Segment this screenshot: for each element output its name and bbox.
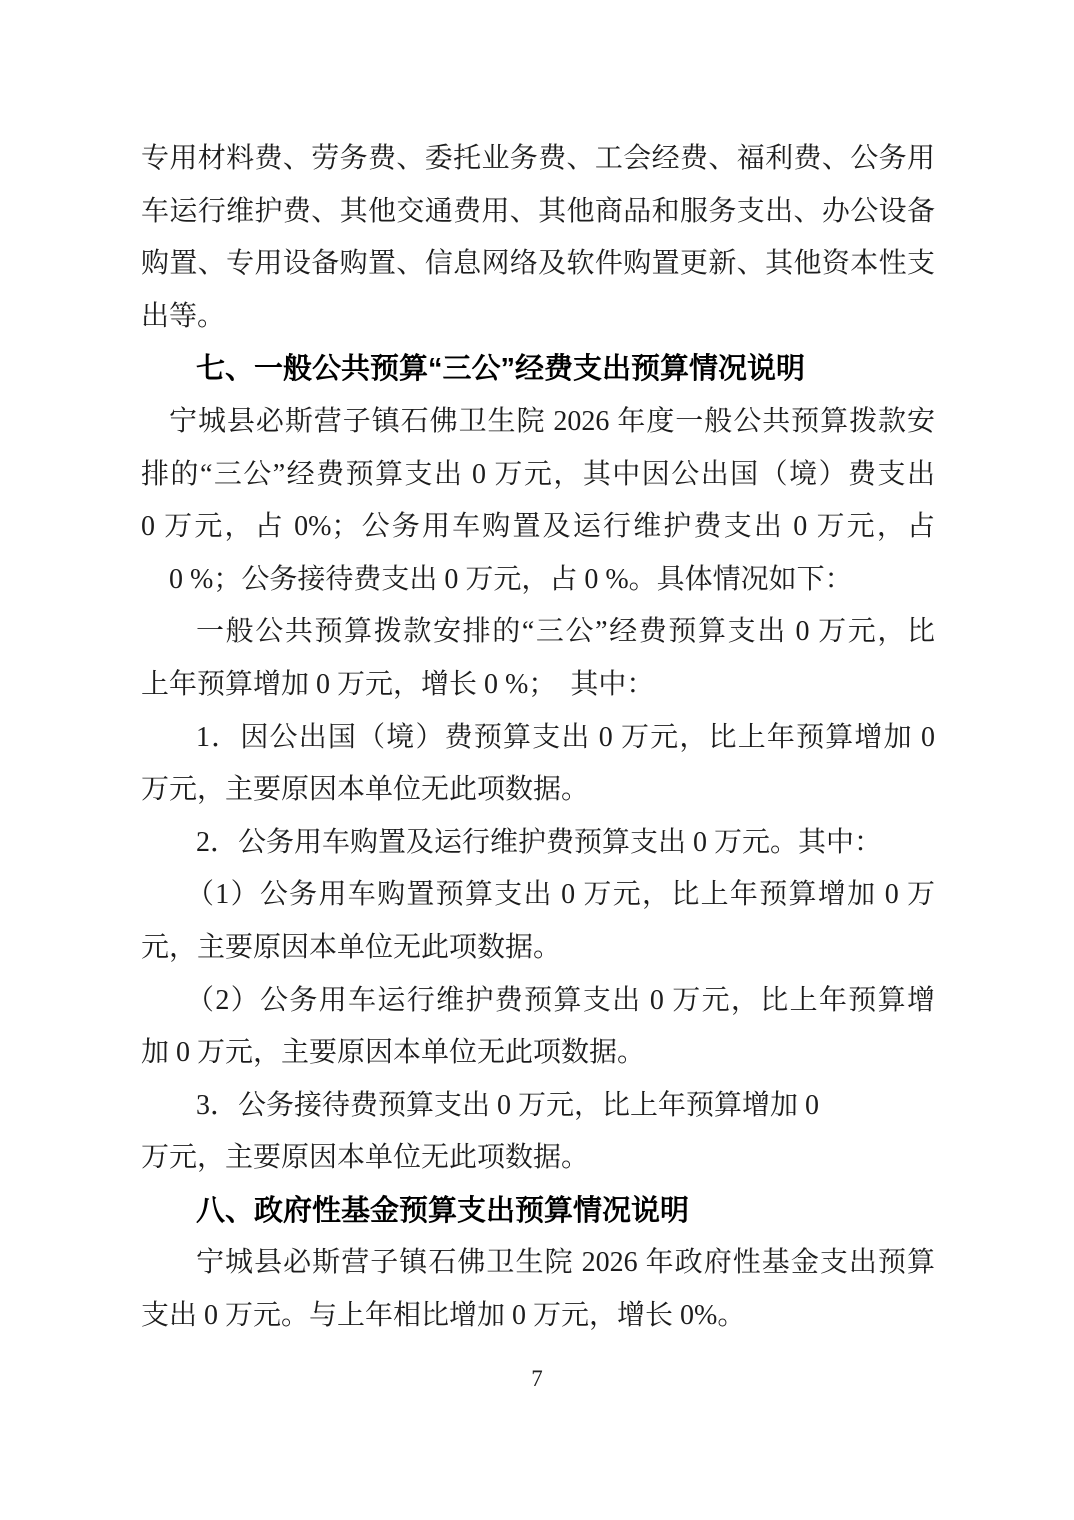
text-line: （1）公务用车购置预算支出 0 万元，比上年预算增加 0 万 <box>141 869 935 922</box>
text-line: （2）公务用车运行维护费预算支出 0 万元，比上年预算增 <box>141 975 935 1028</box>
text-line: 上年预算增加 0 万元，增长 0 %； 其中： <box>141 659 935 712</box>
text-line: 万元，主要原因本单位无此项数据。 <box>141 764 935 817</box>
text-line: 专用材料费、劳务费、委托业务费、工会经费、福利费、公务用 <box>141 133 935 186</box>
text-line: 出等。 <box>141 291 935 344</box>
text-line: 车运行维护费、其他交通费用、其他商品和服务支出、办公设备 <box>141 186 935 239</box>
text-line: 0 %；公务接待费支出 0 万元，占 0 %。具体情况如下： <box>141 554 935 607</box>
page-number: 7 <box>0 1366 1074 1392</box>
text-line: 一般公共预算拨款安排的“三公”经费预算支出 0 万元，比 <box>141 606 935 659</box>
text-line: 元，主要原因本单位无此项数据。 <box>141 922 935 975</box>
text-line: 加 0 万元，主要原因本单位无此项数据。 <box>141 1027 935 1080</box>
section-heading: 八、政府性基金预算支出预算情况说明 <box>141 1185 935 1238</box>
section-heading: 七、一般公共预算“三公”经费支出预算情况说明 <box>141 343 935 396</box>
text-line: 宁城县必斯营子镇石佛卫生院 2026 年政府性基金支出预算 <box>141 1237 935 1290</box>
text-line: 排的“三公”经费预算支出 0 万元，其中因公出国（境）费支出 <box>141 449 935 502</box>
text-line: 宁城县必斯营子镇石佛卫生院 2026 年度一般公共预算拨款安 <box>141 396 935 449</box>
text-line: 2．公务用车购置及运行维护费预算支出 0 万元。其中： <box>141 817 935 870</box>
text-line: 3．公务接待费预算支出 0 万元，比上年预算增加 0 <box>141 1080 935 1133</box>
text-line: 支出 0 万元。与上年相比增加 0 万元，增长 0%。 <box>141 1290 935 1343</box>
document-page: 专用材料费、劳务费、委托业务费、工会经费、福利费、公务用车运行维护费、其他交通费… <box>0 0 1074 1520</box>
document-body: 专用材料费、劳务费、委托业务费、工会经费、福利费、公务用车运行维护费、其他交通费… <box>141 133 935 1343</box>
text-line: 万元，主要原因本单位无此项数据。 <box>141 1132 935 1185</box>
text-line: 0 万元，占 0%；公务用车购置及运行维护费支出 0 万元，占 <box>141 501 935 554</box>
text-line: 购置、专用设备购置、信息网络及软件购置更新、其他资本性支 <box>141 238 935 291</box>
text-line: 1．因公出国（境）费预算支出 0 万元，比上年预算增加 0 <box>141 712 935 765</box>
